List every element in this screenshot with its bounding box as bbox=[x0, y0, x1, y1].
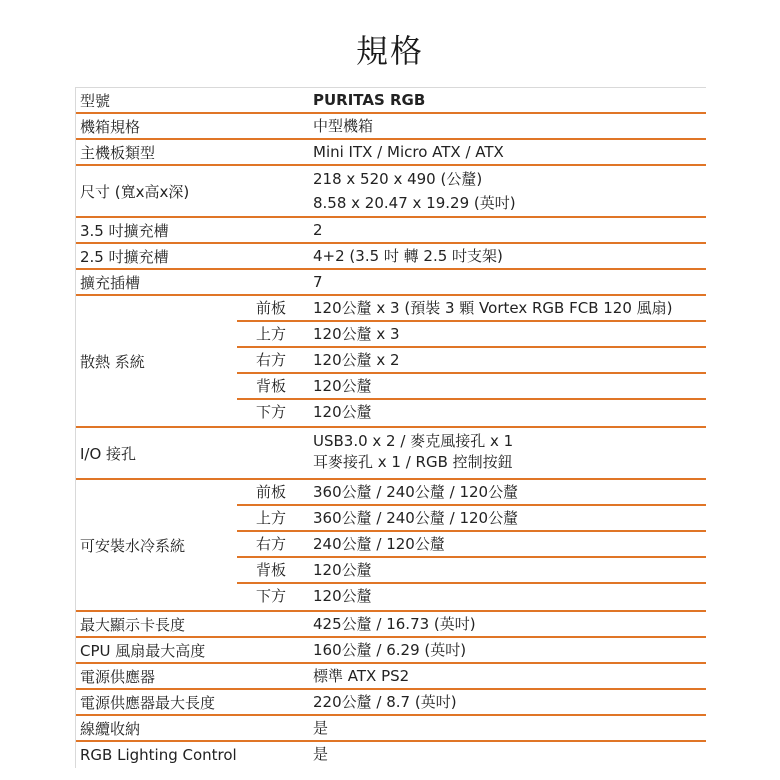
row-label: CPU 風扇最大高度 bbox=[80, 638, 205, 662]
value-line: 218 x 520 x 490 (公釐) bbox=[313, 167, 516, 191]
sub-value: 240公釐 / 120公釐 bbox=[313, 532, 445, 556]
row-expansion-slots: 擴充插槽 7 bbox=[76, 270, 706, 296]
sub-value: 120公釐 x 3 (預裝 3 顆 Vortex RGB FCB 120 風扇) bbox=[313, 296, 673, 320]
sub-row: 上方 360公釐 / 240公釐 / 120公釐 bbox=[237, 506, 706, 532]
row-bay-25: 2.5 吋擴充槽 4+2 (3.5 吋 轉 2.5 吋支架) bbox=[76, 244, 706, 270]
row-label: 可安裝水冷系統 bbox=[80, 480, 185, 610]
row-gpu-length: 最大顯示卡長度 425公釐 / 16.73 (英吋) bbox=[76, 612, 706, 638]
row-case-type: 機箱規格 中型機箱 bbox=[76, 114, 706, 140]
row-label: 電源供應器 bbox=[80, 664, 155, 688]
sub-label: 右方 bbox=[256, 348, 286, 372]
sub-row: 背板 120公釐 bbox=[237, 558, 706, 584]
row-value: 是 bbox=[313, 742, 328, 766]
sub-label: 上方 bbox=[256, 322, 286, 346]
sub-label: 下方 bbox=[256, 584, 286, 608]
row-value: 218 x 520 x 490 (公釐) 8.58 x 20.47 x 19.2… bbox=[313, 167, 516, 215]
row-label: I/O 接孔 bbox=[80, 428, 136, 478]
value-line: USB3.0 x 2 / 麥克風接孔 x 1 bbox=[313, 431, 513, 452]
row-label: 電源供應器最大長度 bbox=[80, 690, 215, 714]
page-title: 規格 bbox=[0, 26, 780, 72]
row-io: I/O 接孔 USB3.0 x 2 / 麥克風接孔 x 1 耳麥接孔 x 1 /… bbox=[76, 428, 706, 480]
sub-row: 前板 120公釐 x 3 (預裝 3 顆 Vortex RGB FCB 120 … bbox=[237, 296, 706, 322]
sub-value: 120公釐 x 2 bbox=[313, 348, 400, 372]
row-psu-length: 電源供應器最大長度 220公釐 / 8.7 (英吋) bbox=[76, 690, 706, 716]
sub-label: 下方 bbox=[256, 400, 286, 424]
sub-row: 上方 120公釐 x 3 bbox=[237, 322, 706, 348]
row-cpu-cooler: CPU 風扇最大高度 160公釐 / 6.29 (英吋) bbox=[76, 638, 706, 664]
row-label: 型號 bbox=[80, 88, 110, 112]
sub-label: 背板 bbox=[256, 374, 286, 398]
sub-label: 右方 bbox=[256, 532, 286, 556]
sub-value: 120公釐 bbox=[313, 374, 372, 398]
sub-value: 120公釐 bbox=[313, 400, 372, 424]
sub-label: 背板 bbox=[256, 558, 286, 582]
row-dimensions: 尺寸 (寬x高x深) 218 x 520 x 490 (公釐) 8.58 x 2… bbox=[76, 166, 706, 218]
sub-value: 360公釐 / 240公釐 / 120公釐 bbox=[313, 480, 518, 504]
sub-value: 360公釐 / 240公釐 / 120公釐 bbox=[313, 506, 518, 530]
row-rgb-control: RGB Lighting Control 是 bbox=[76, 742, 706, 768]
sub-row: 下方 120公釐 bbox=[237, 400, 706, 426]
value-line: 8.58 x 20.47 x 19.29 (英吋) bbox=[313, 191, 516, 215]
row-label: 尺寸 (寬x高x深) bbox=[80, 166, 189, 216]
sub-label: 上方 bbox=[256, 506, 286, 530]
row-psu: 電源供應器 標準 ATX PS2 bbox=[76, 664, 706, 690]
sub-value: 120公釐 x 3 bbox=[313, 322, 400, 346]
row-value: 160公釐 / 6.29 (英吋) bbox=[313, 638, 466, 662]
sub-row: 前板 360公釐 / 240公釐 / 120公釐 bbox=[237, 480, 706, 506]
row-liquid-cooling: 可安裝水冷系統 前板 360公釐 / 240公釐 / 120公釐 上方 360公… bbox=[76, 480, 706, 612]
row-value: PURITAS RGB bbox=[313, 88, 425, 112]
sub-value: 120公釐 bbox=[313, 558, 372, 582]
sub-row: 右方 240公釐 / 120公釐 bbox=[237, 532, 706, 558]
spec-table: 型號 PURITAS RGB 機箱規格 中型機箱 主機板類型 Mini ITX … bbox=[75, 87, 706, 768]
sub-row: 下方 120公釐 bbox=[237, 584, 706, 610]
row-label: 散熱 系統 bbox=[80, 296, 145, 426]
row-label: 3.5 吋擴充槽 bbox=[80, 218, 169, 242]
row-value: 中型機箱 bbox=[313, 114, 373, 138]
row-value: 是 bbox=[313, 716, 328, 740]
sub-label: 前板 bbox=[256, 480, 286, 504]
row-value: 標準 ATX PS2 bbox=[313, 664, 409, 688]
row-value: USB3.0 x 2 / 麥克風接孔 x 1 耳麥接孔 x 1 / RGB 控制… bbox=[313, 431, 513, 473]
row-label: 主機板類型 bbox=[80, 140, 155, 164]
row-motherboard: 主機板類型 Mini ITX / Micro ATX / ATX bbox=[76, 140, 706, 166]
row-value: 220公釐 / 8.7 (英吋) bbox=[313, 690, 457, 714]
row-label: 2.5 吋擴充槽 bbox=[80, 244, 169, 268]
row-value: 2 bbox=[313, 218, 323, 242]
row-label: 線纜收納 bbox=[80, 716, 140, 740]
row-label: 機箱規格 bbox=[80, 114, 140, 138]
row-cooling: 散熱 系統 前板 120公釐 x 3 (預裝 3 顆 Vortex RGB FC… bbox=[76, 296, 706, 428]
row-label: 最大顯示卡長度 bbox=[80, 612, 185, 636]
row-label: 擴充插槽 bbox=[80, 270, 140, 294]
row-value: 425公釐 / 16.73 (英吋) bbox=[313, 612, 476, 636]
sub-value: 120公釐 bbox=[313, 584, 372, 608]
row-value: Mini ITX / Micro ATX / ATX bbox=[313, 140, 504, 164]
row-value: 7 bbox=[313, 270, 323, 294]
row-bay-35: 3.5 吋擴充槽 2 bbox=[76, 218, 706, 244]
row-model: 型號 PURITAS RGB bbox=[76, 88, 706, 114]
row-value: 4+2 (3.5 吋 轉 2.5 吋支架) bbox=[313, 244, 503, 268]
value-line: 耳麥接孔 x 1 / RGB 控制按鈕 bbox=[313, 452, 513, 473]
row-label: RGB Lighting Control bbox=[80, 742, 237, 768]
sub-row: 右方 120公釐 x 2 bbox=[237, 348, 706, 374]
sub-label: 前板 bbox=[256, 296, 286, 320]
sub-row: 背板 120公釐 bbox=[237, 374, 706, 400]
row-cable-management: 線纜收納 是 bbox=[76, 716, 706, 742]
